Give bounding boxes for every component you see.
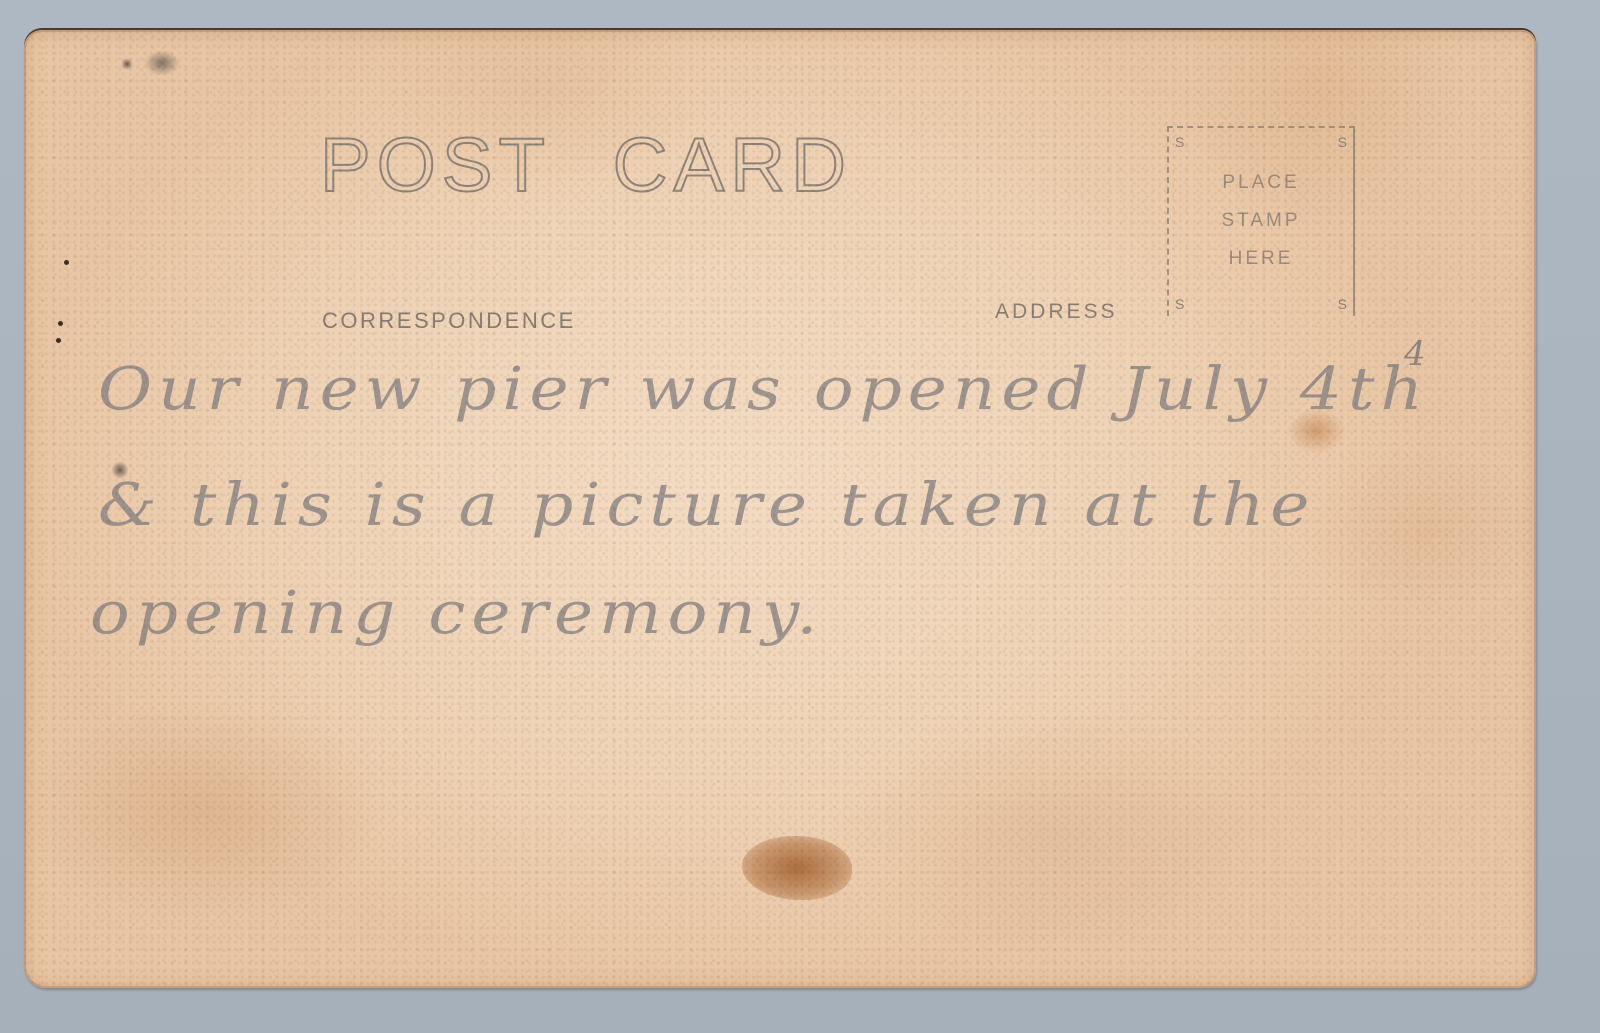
stamp-corner-mark: S — [1338, 296, 1347, 312]
handwritten-line: Our new pier was opened July 4th — [98, 354, 1429, 423]
address-label: ADDRESS — [995, 300, 1118, 324]
handwritten-line: & this is a picture taken at the — [98, 470, 1315, 539]
brown-stain — [742, 836, 852, 900]
stamp-corner-mark: S — [1175, 296, 1184, 312]
handwritten-line: opening ceremony. — [90, 578, 823, 647]
stamp-corner-mark: S — [1338, 134, 1347, 150]
dirt-mark — [144, 50, 180, 76]
dirt-dot — [58, 321, 63, 326]
stamp-text-line: STAMP — [1169, 210, 1353, 232]
dirt-mark — [121, 58, 133, 70]
correspondence-label: CORRESPONDENCE — [322, 308, 576, 334]
stamp-text-line: HERE — [1169, 248, 1353, 270]
stamp-box: S S S S PLACE STAMP HERE — [1167, 126, 1355, 316]
stamp-corner-mark: S — [1175, 134, 1184, 150]
dirt-dot — [64, 260, 69, 265]
stamp-text-line: PLACE — [1169, 172, 1353, 194]
margin-pencil-note: 4 — [1404, 334, 1426, 374]
dirt-dot — [56, 338, 61, 343]
postcard-title: POST CARD — [320, 122, 852, 209]
postcard-back: POST CARD CORRESPONDENCE ADDRESS S S S S… — [24, 30, 1536, 988]
